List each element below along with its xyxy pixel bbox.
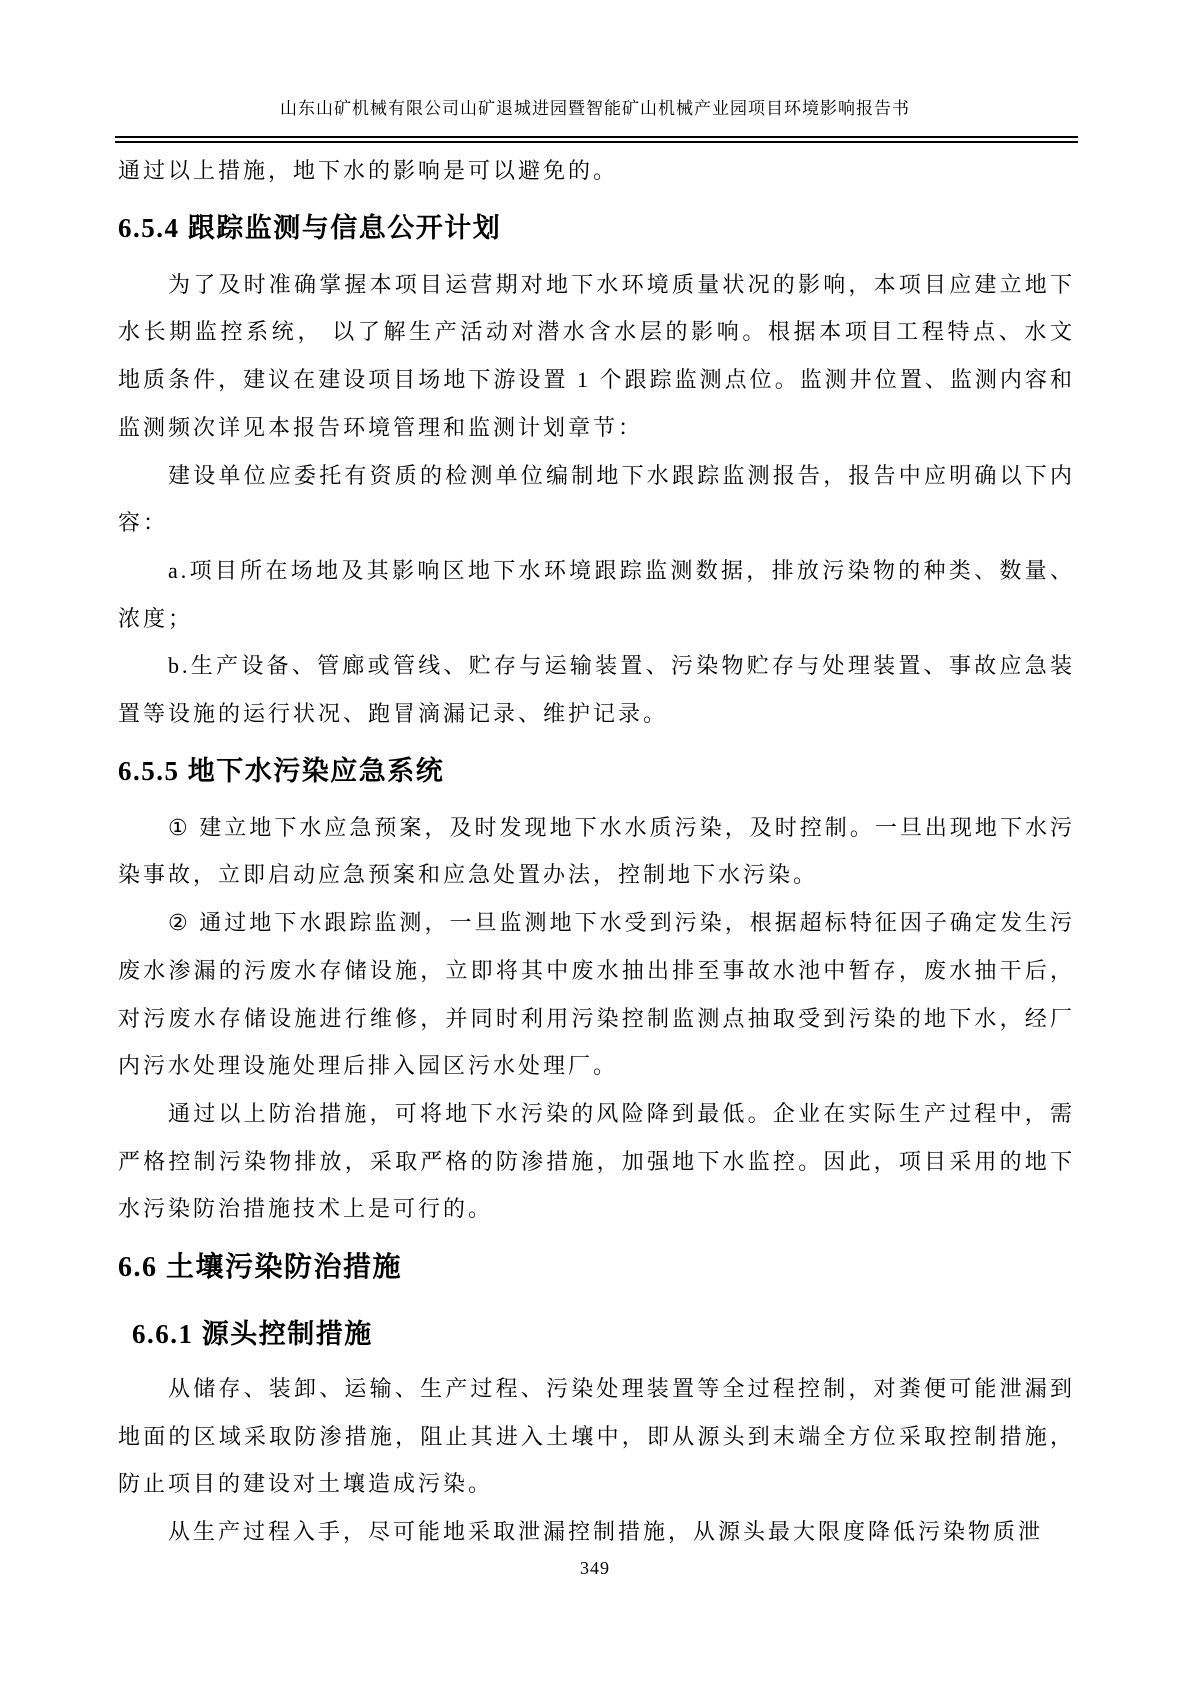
- paragraph: 从生产过程入手，尽可能地采取泄漏控制措施，从源头最大限度降低污染物质泄: [118, 1508, 1075, 1556]
- list-item-a: a.项目所在场地及其影响区地下水环境跟踪监测数据，排放污染物的种类、数量、浓度；: [118, 547, 1075, 642]
- page-header-title: 山东山矿机械有限公司山矿退城进园暨智能矿山机械产业园项目环境影响报告书: [0, 94, 1190, 119]
- heading-6-5-5: 6.5.5 地下水污染应急系统: [118, 738, 1075, 804]
- heading-6-6: 6.6 土壤污染防治措施: [118, 1233, 1075, 1303]
- paragraph: ① 建立地下水应急预案，及时发现地下水水质污染，及时控制。一旦出现地下水污 染事…: [118, 804, 1075, 899]
- page-number: 349: [0, 1558, 1190, 1579]
- paragraph: 从储存、装卸、运输、生产过程、污染处理装置等全过程控制，对粪便可能泄漏到地面的区…: [118, 1365, 1075, 1508]
- paragraph: 通过以上措施，地下水的影响是可以避免的。: [118, 147, 1075, 195]
- header-double-rule: [115, 136, 1078, 143]
- paragraph: 通过以上防治措施，可将地下水污染的风险降到最低。企业在实际生产过程中，需严格控制…: [118, 1090, 1075, 1233]
- document-page: 山东山矿机械有限公司山矿退城进园暨智能矿山机械产业园项目环境影响报告书 通过以上…: [0, 0, 1190, 1683]
- paragraph: 建设单位应委托有资质的检测单位编制地下水跟踪监测报告，报告中应明确以下内容：: [118, 452, 1075, 547]
- heading-6-6-1: 6.6.1 源头控制措施: [118, 1303, 1075, 1365]
- paragraph: ② 通过地下水跟踪监测，一旦监测地下水受到污染，根据超标特征因子确定发生污 废水…: [118, 899, 1075, 1090]
- document-body: 通过以上措施，地下水的影响是可以避免的。 6.5.4 跟踪监测与信息公开计划 为…: [118, 147, 1075, 1556]
- paragraph: 为了及时准确掌握本项目运营期对地下水环境质量状况的影响，本项目应建立地下水长期监…: [118, 261, 1075, 452]
- list-item-b: b.生产设备、管廊或管线、贮存与运输装置、污染物贮存与处理装置、事故应急装置等设…: [118, 642, 1075, 737]
- heading-6-5-4: 6.5.4 跟踪监测与信息公开计划: [118, 195, 1075, 261]
